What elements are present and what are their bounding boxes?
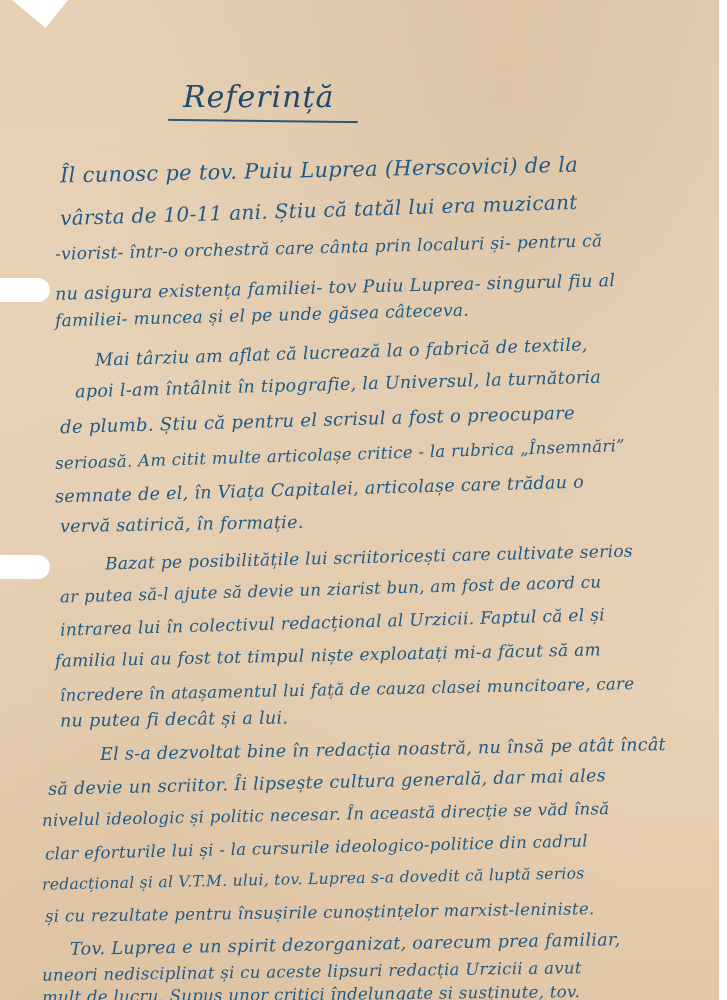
punch-hole — [0, 555, 50, 579]
handwritten-line: vervă satirică, în formație. — [60, 513, 304, 537]
handwritten-line: familia lui au fost tot timpul niște exp… — [55, 640, 601, 671]
handwritten-line: ar putea să-l ajute să devie un ziarist … — [60, 572, 602, 606]
handwritten-line: încredere în atașamentul lui față de cau… — [60, 674, 635, 705]
handwritten-line: semnate de el, în Viața Capitalei, artic… — [55, 473, 584, 508]
handwritten-line: Îl cunosc pe tov. Puiu Luprea (Herscovic… — [60, 153, 579, 188]
handwritten-line: clar eforturile lui și - la cursurile id… — [45, 831, 588, 863]
handwritten-line: nu putea fi decât și a lui. — [60, 708, 289, 731]
handwritten-line: intrarea lui în colectivul redacțional a… — [60, 605, 605, 640]
handwritten-line: El s-a dezvoltat bine în redacția noastr… — [100, 735, 666, 765]
handwritten-line: nivelul ideologic și politic necesar. În… — [42, 799, 610, 830]
handwritten-line: familiei- muncea și el pe unde găsea cât… — [55, 301, 470, 332]
handwritten-line: Mai târziu am aflat că lucrează la o fab… — [95, 335, 588, 370]
handwritten-line: serioasă. Am citit multe articolașe crit… — [55, 436, 625, 473]
handwritten-line: uneori nedisciplinat și cu aceste lipsur… — [42, 958, 582, 985]
handwritten-line: redacțional și al V.T.M. ului, tov. Lupr… — [42, 864, 585, 893]
torn-corner — [12, 0, 68, 28]
punch-hole — [0, 278, 50, 302]
handwritten-line: Tov. Luprea e un spirit dezorganizat, oa… — [70, 930, 621, 960]
handwritten-line: să devie un scriitor. Îi lipsește cultur… — [48, 766, 606, 800]
handwritten-line: apoi l-am întâlnit în tipografie, la Uni… — [75, 368, 602, 403]
title-underline — [168, 119, 358, 123]
handwritten-line: vârsta de 10-11 ani. Știu că tatăl lui e… — [60, 190, 578, 230]
handwritten-line: -viorist- într-o orchestră care cânta pr… — [55, 231, 603, 264]
handwritten-line: nu asigura existența familiei- tov Puiu … — [55, 271, 616, 305]
handwritten-line: Bazat pe posibilitățile lui scriitoriceș… — [105, 542, 633, 575]
handwritten-line: și cu rezultate pentru însușirile cunoșt… — [45, 899, 595, 926]
document-page: Referință Îl cunosc pe tov. Puiu Luprea … — [0, 0, 719, 1000]
handwritten-line: de plumb. Știu că pentru el scrisul a fo… — [60, 403, 575, 438]
handwritten-line: mult de lucru. Supus unor critici îndelu… — [42, 982, 580, 1000]
page-title: Referință — [183, 80, 334, 115]
